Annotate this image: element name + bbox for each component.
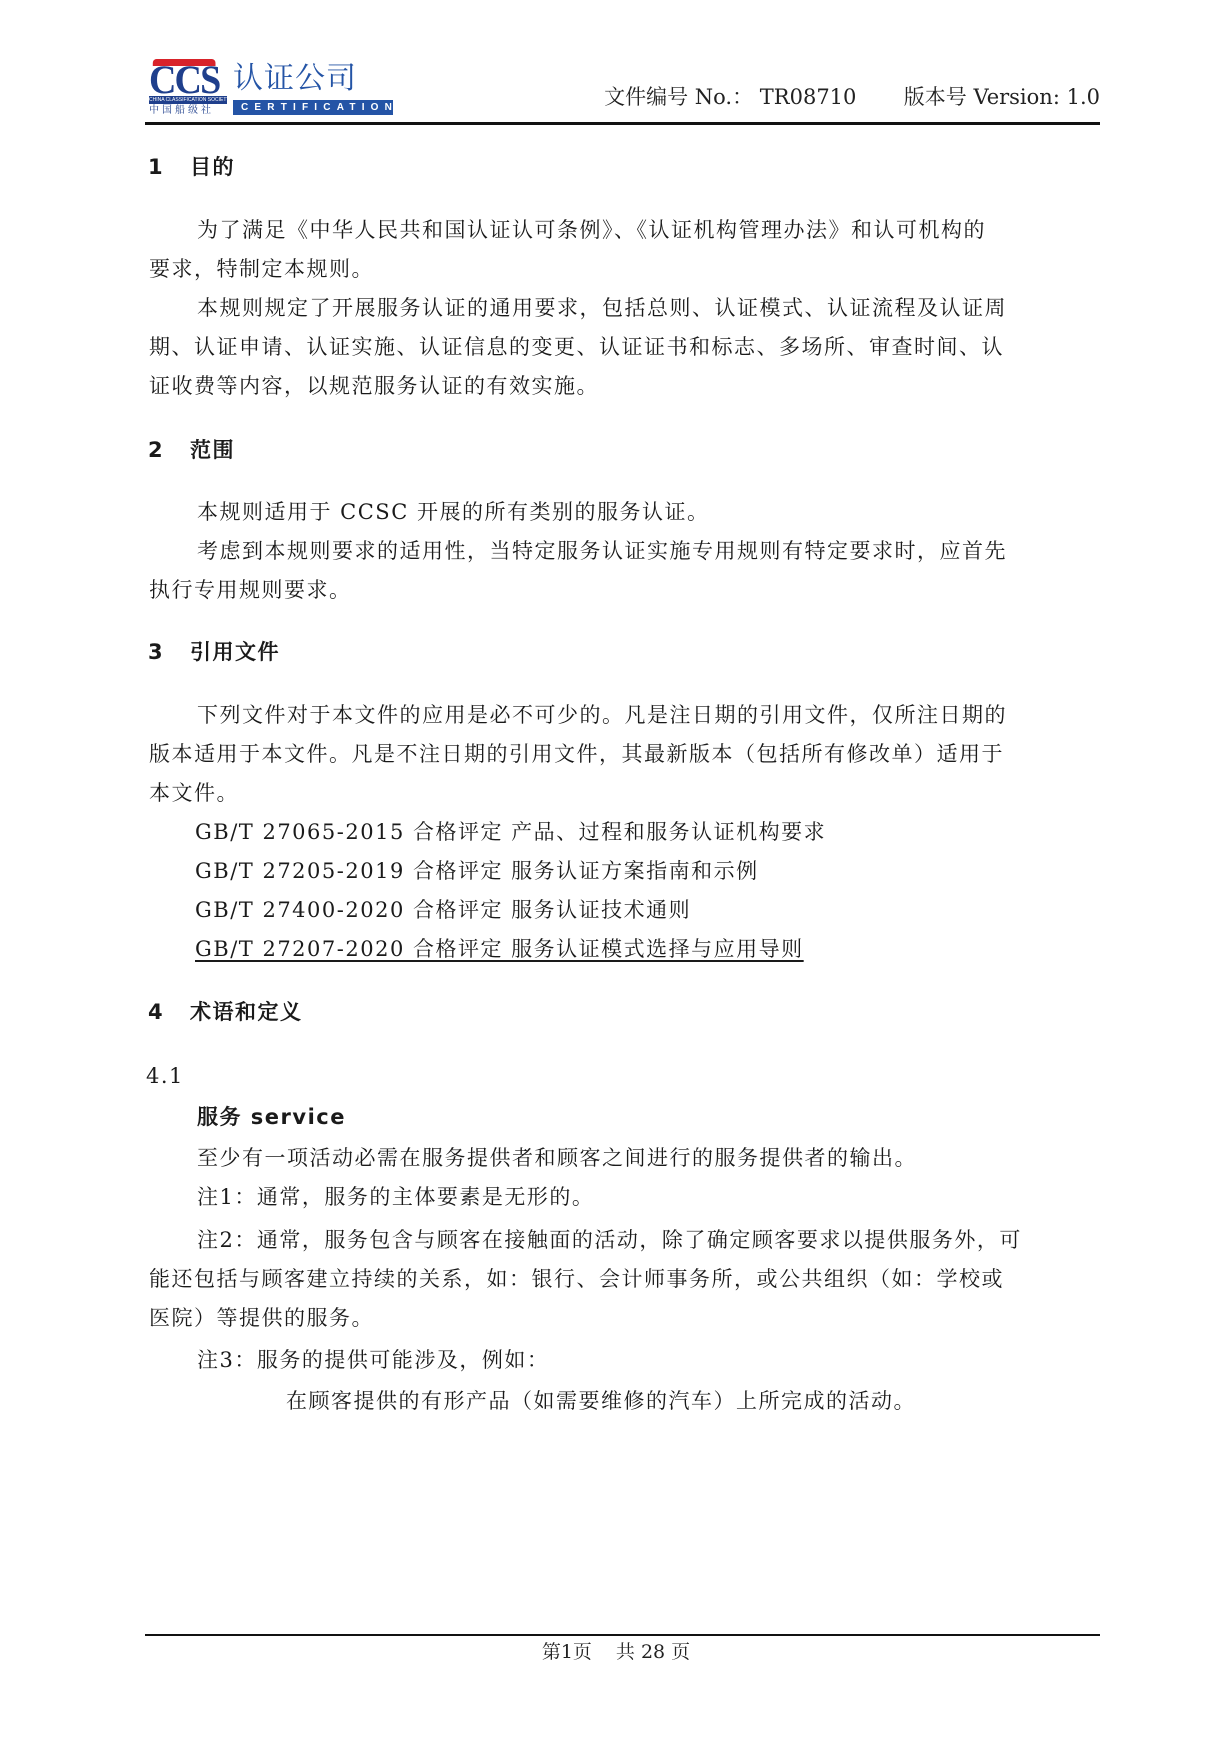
logo-ccs-mark: CCS [149, 62, 219, 98]
note-line: 能还包括与顾客建立持续的关系，如：银行、会计师事务所，或公共组织（如：学校或 [149, 1264, 1004, 1294]
term-definition: 至少有一项活动必需在服务提供者和顾客之间进行的服务提供者的输出。 [197, 1143, 917, 1173]
section-heading-2: 2范围 [148, 435, 235, 465]
document-info: 文件编号 No.： TR08710 版本号 Version: 1.0 [604, 82, 1100, 112]
note-line: 注1：通常，服务的主体要素是无形的。 [197, 1182, 594, 1212]
paragraph-line: 本文件。 [149, 778, 239, 808]
reference-item: GB/T 27205-2019 合格评定 服务认证方案指南和示例 [195, 856, 759, 886]
page-footer: 第1页共 28 页 [0, 1638, 1232, 1666]
paragraph-line: 为了满足《中华人民共和国认证认可条例》、《认证机构管理办法》和认可机构的 [197, 215, 986, 245]
reference-item-underlined: GB/T 27207-2020 合格评定 服务认证模式选择与应用导则 [195, 934, 804, 964]
note-line: 医院）等提供的服务。 [149, 1303, 374, 1333]
term-title: 服务 service [197, 1102, 346, 1132]
paragraph-line: 本规则规定了开展服务认证的通用要求，包括总则、认证模式、认证流程及认证周 [197, 293, 1007, 323]
footer-divider [145, 1634, 1100, 1636]
section-heading-4: 4术语和定义 [148, 997, 303, 1027]
logo-company-cn: 认证公司 [233, 62, 357, 96]
logo-society-en: CHINA CLASSIFICATION SOCIETY [149, 96, 227, 104]
ccs-certification-logo: CCS CHINA CLASSIFICATION SOCIETY 中国船级社 认… [145, 56, 405, 120]
reference-item: GB/T 27065-2015 合格评定 产品、过程和服务认证机构要求 [195, 817, 826, 847]
section-heading-3: 3引用文件 [148, 637, 280, 667]
paragraph-line: 本规则适用于 CCSC 开展的所有类别的服务认证。 [197, 497, 709, 527]
header-divider [145, 122, 1100, 125]
subsection-number: 4.1 [146, 1061, 184, 1091]
logo-certification-bar: CERTIFICATION [233, 100, 393, 115]
version-label: 版本号 Version: [904, 85, 1060, 109]
reference-item: GB/T 27400-2020 合格评定 服务认证技术通则 [195, 895, 691, 925]
note-example-line: 在顾客提供的有形产品（如需要维修的汽车）上所完成的活动。 [286, 1386, 916, 1416]
page-current: 第1页 [542, 1641, 592, 1663]
page-header: CCS CHINA CLASSIFICATION SOCIETY 中国船级社 认… [145, 56, 1100, 122]
doc-number-label: 文件编号 No.： [604, 85, 753, 109]
page-total: 共 28 页 [616, 1641, 690, 1663]
version-value: 1.0 [1067, 85, 1100, 109]
paragraph-line: 版本适用于本文件。凡是不注日期的引用文件，其最新版本（包括所有修改单）适用于 [149, 739, 1004, 769]
note-line: 注2：通常，服务包含与顾客在接触面的活动，除了确定顾客要求以提供服务外，可 [197, 1225, 1022, 1255]
paragraph-line: 下列文件对于本文件的应用是必不可少的。凡是注日期的引用文件，仅所注日期的 [197, 700, 1007, 730]
doc-number: TR08710 [760, 85, 857, 109]
paragraph-line: 考虑到本规则要求的适用性，当特定服务认证实施专用规则有特定要求时，应首先 [197, 536, 1007, 566]
paragraph-line: 证收费等内容，以规范服务认证的有效实施。 [149, 371, 599, 401]
paragraph-line: 要求，特制定本规则。 [149, 254, 374, 284]
paragraph-line: 执行专用规则要求。 [149, 575, 352, 605]
paragraph-line: 期、认证申请、认证实施、认证信息的变更、认证证书和标志、多场所、审查时间、认 [149, 332, 1004, 362]
logo-society-cn: 中国船级社 [149, 105, 214, 117]
section-heading-1: 1目的 [148, 152, 235, 182]
note-line: 注3：服务的提供可能涉及，例如： [197, 1345, 549, 1375]
